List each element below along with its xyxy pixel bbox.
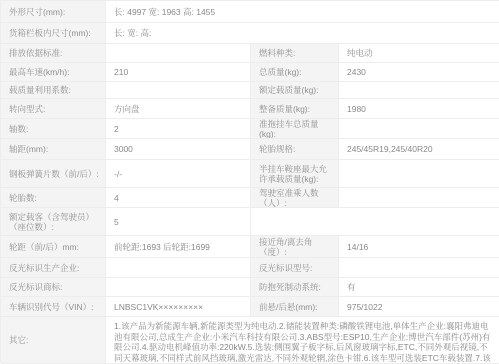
label-reflective-marking-brand: 反光标识商标: — [1, 278, 106, 297]
label-rated-passengers: 额定载客（含驾驶员）（座位数）: — [1, 208, 106, 236]
label-emission-standard: 排放依据标准: — [1, 44, 106, 63]
label-gross-mass: 总质量(kg): — [251, 63, 339, 82]
label-tire-spec: 轮胎规格: — [251, 139, 339, 160]
value-cab-passengers — [339, 188, 499, 208]
empty-cell — [251, 208, 499, 236]
value-tire-count: 4 — [106, 188, 251, 208]
value-cargo-box-dimensions: 长: 宽: 高: — [106, 23, 499, 44]
label-fuel-type: 燃料种类: — [251, 44, 339, 63]
label-steering-type: 转向型式: — [1, 99, 106, 119]
label-curb-weight: 整备质量(kg): — [251, 99, 339, 119]
vehicle-spec-table: 外形尺寸(mm): 长: 4997 宽: 1963 高: 1455 货箱栏板内尺… — [0, 0, 499, 363]
value-track-width: 前轮距:1693 后轮距:1699 — [106, 236, 251, 258]
value-exterior-dimensions: 长: 4997 宽: 1963 高: 1455 — [106, 1, 499, 23]
value-front-rear-overhang: 975/1022 — [339, 297, 499, 317]
value-max-speed: 210 — [106, 63, 251, 82]
label-track-width: 轮距（前/后）mm: — [1, 236, 106, 258]
value-wheelbase: 3000 — [106, 139, 251, 160]
label-reflective-marking-manufacturer: 反光标识生产企业: — [1, 258, 106, 278]
value-steering-type: 方向盘 — [106, 99, 251, 119]
value-vin: LNBSC1VK××××××××× — [106, 297, 251, 317]
value-rated-passengers: 5 — [106, 208, 251, 236]
value-approach-departure-angle: 14/16 — [339, 236, 499, 258]
value-emission-standard — [106, 44, 251, 63]
label-abs-system: 防抱死制动系统: — [251, 278, 339, 297]
value-axle-count: 2 — [106, 119, 251, 139]
value-reflective-marking-brand — [106, 278, 251, 297]
label-rated-load-mass: 额定载质量(kg): — [251, 82, 339, 99]
label-saddle-max-load: 半挂车鞍座最大允许承载质量(kg): — [251, 160, 339, 188]
value-reflective-marking-manufacturer — [106, 258, 251, 278]
value-abs-system: 有 — [339, 278, 499, 297]
value-tire-spec: 245/45R19,245/40R20 — [339, 139, 499, 160]
label-load-utilization: 载质量利用系数: — [1, 82, 106, 99]
label-other: 其它: — [1, 317, 106, 364]
label-front-rear-overhang: 前悬/后悬(mm): — [251, 297, 339, 317]
label-max-speed: 最高车速(km/h): — [1, 63, 106, 82]
label-approach-departure-angle: 接近角/离去角（度）: — [251, 236, 339, 258]
label-cab-passengers: 驾驶室准乘人数（人）: — [251, 188, 339, 208]
value-saddle-max-load — [339, 160, 499, 188]
value-curb-weight: 1980 — [339, 99, 499, 119]
label-tire-count: 轮胎数: — [1, 188, 106, 208]
value-trailer-total-mass — [339, 119, 499, 139]
label-leaf-spring-count: 钢板弹簧片数（前/后）: — [1, 160, 106, 188]
label-wheelbase: 轴距(mm): — [1, 139, 106, 160]
value-load-utilization — [106, 82, 251, 99]
label-reflective-marking-model: 反光标识型号: — [251, 258, 339, 278]
value-rated-load-mass — [339, 82, 499, 99]
label-vin: 车辆识别代号（VIN）: — [1, 297, 106, 317]
value-leaf-spring-count: -/- — [106, 160, 251, 188]
label-exterior-dimensions: 外形尺寸(mm): — [1, 1, 106, 23]
value-reflective-marking-model — [339, 258, 499, 278]
value-gross-mass: 2430 — [339, 63, 499, 82]
label-trailer-total-mass: 准拖挂车总质量(kg): — [251, 119, 339, 139]
label-axle-count: 轴数: — [1, 119, 106, 139]
value-fuel-type: 纯电动 — [339, 44, 499, 63]
label-cargo-box-dimensions: 货箱栏板内尺寸(mm): — [1, 23, 106, 44]
value-other-notes: 1.该产品为新能源车辆,新能源类型为纯电动.2.储能装置种类:磷酸铁锂电池,单体… — [106, 317, 499, 364]
